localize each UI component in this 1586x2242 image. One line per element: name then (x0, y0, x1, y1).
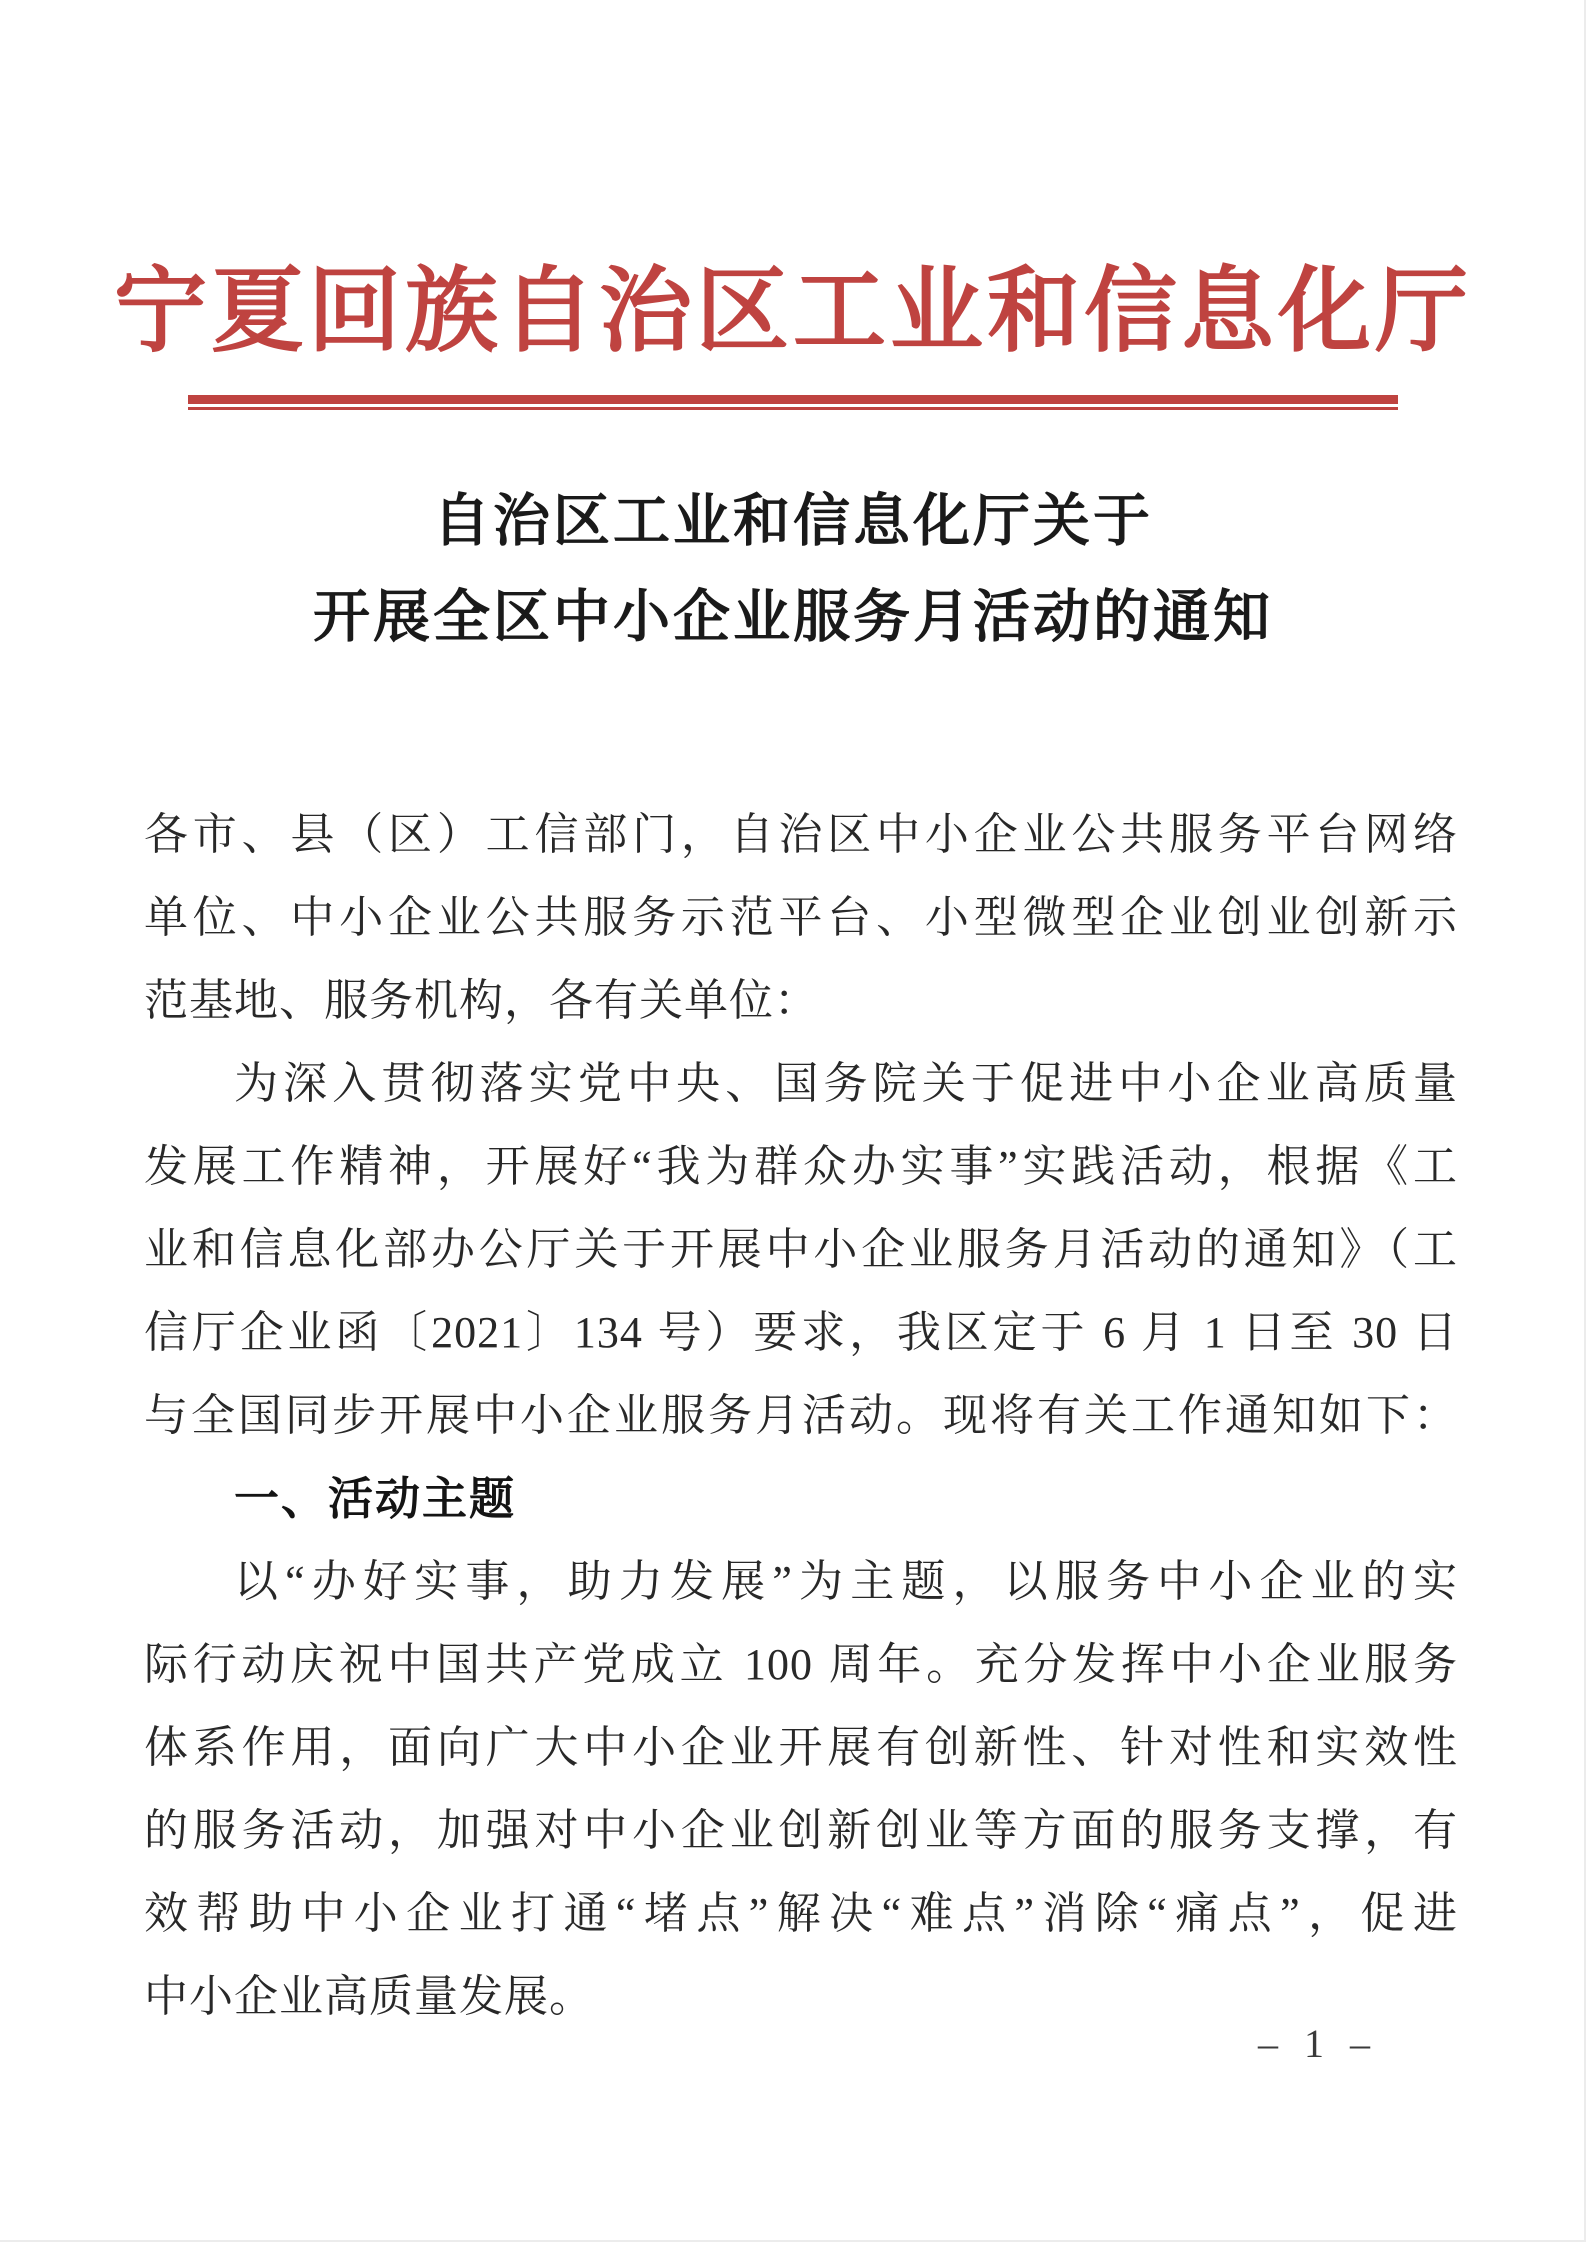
letterhead-agency-name: 宁夏回族自治区工业和信息化厅 (0, 238, 1586, 388)
body-line: 效帮助中小企业打通“堵点”解决“难点”消除“痛点”，促进 (144, 1872, 1458, 1955)
separator-thin-rule (188, 407, 1398, 410)
body-line: 与全国同步开展中小企业服务月活动。现将有关工作通知如下： (144, 1374, 1458, 1457)
document-body: 各市、县（区）工信部门，自治区中小企业公共服务平台网络单位、中小企业公共服务示范… (144, 793, 1458, 2038)
document-title-line1: 自治区工业和信息化厅关于 (0, 474, 1586, 570)
body-line: 的服务活动，加强对中小企业创新创业等方面的服务支撑，有 (144, 1789, 1458, 1872)
body-line: 各市、县（区）工信部门，自治区中小企业公共服务平台网络 (144, 793, 1458, 876)
body-line: 范基地、服务机构，各有关单位： (144, 959, 1458, 1042)
body-line: 信厅企业函〔2021〕134 号）要求，我区定于 6 月 1 日至 30 日 (144, 1291, 1458, 1374)
page-number: – 1 – (1258, 2020, 1378, 2067)
body-line: 体系作用，面向广大中小企业开展有创新性、针对性和实效性 (144, 1706, 1458, 1789)
body-line: 际行动庆祝中国共产党成立 100 周年。充分发挥中小企业服务 (144, 1623, 1458, 1706)
letterhead-separator (188, 395, 1398, 410)
body-line: 以“办好实事，助力发展”为主题，以服务中小企业的实 (144, 1540, 1458, 1623)
document-title: 自治区工业和信息化厅关于 开展全区中小企业服务月活动的通知 (0, 474, 1586, 666)
body-line: 单位、中小企业公共服务示范平台、小型微型企业创业创新示 (144, 876, 1458, 959)
document-title-line2: 开展全区中小企业服务月活动的通知 (0, 570, 1586, 666)
body-line: 业和信息化部办公厅关于开展中小企业服务月活动的通知》（工 (144, 1208, 1458, 1291)
body-line: 为深入贯彻落实党中央、国务院关于促进中小企业高质量 (144, 1042, 1458, 1125)
document-page: 宁夏回族自治区工业和信息化厅 自治区工业和信息化厅关于 开展全区中小企业服务月活… (0, 0, 1586, 2242)
separator-thick-rule (188, 395, 1398, 404)
body-line: 发展工作精神，开展好“我为群众办实事”实践活动，根据《工 (144, 1125, 1458, 1208)
section-heading: 一、活动主题 (144, 1457, 1458, 1540)
